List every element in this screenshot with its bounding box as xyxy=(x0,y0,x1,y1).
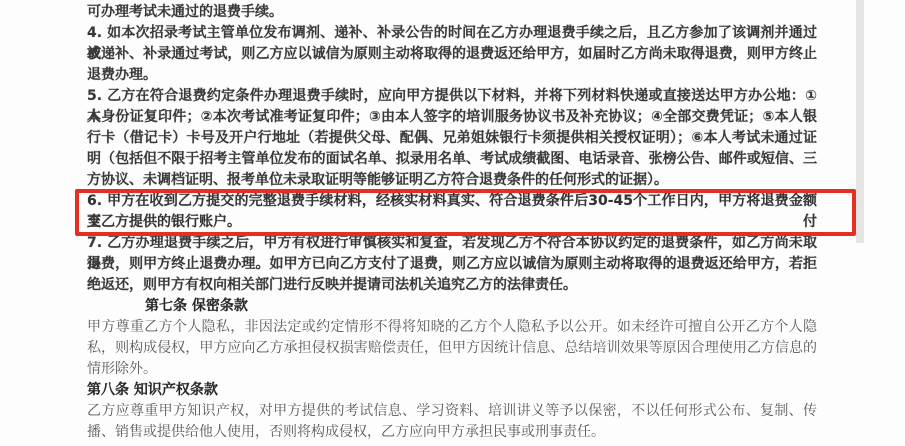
doc-line: 私，则构成侵权，甲方应向乙方承担侵权损害赔偿责任，但甲方因统计信息、总结培训效果… xyxy=(87,338,817,359)
doc-line: 人身份证复印件；②本次考试准考证复印件；③由本人签字的培训服务协议书及补充协议；… xyxy=(87,107,817,128)
doc-line: 播、销售或提供给他人使用，否则将构成侵权，乙方应向甲方承担民事或刑事责任。 xyxy=(87,422,817,443)
doc-line: 甲方尊重乙方个人隐私，非因法定或约定情形不得将知晓的乙方个人隐私予以公开。如未经… xyxy=(87,317,817,338)
contract-text-block: 可办理考试未通过的退费手续。 4. 如本次招录考试主管单位发布调剂、递补、补录公… xyxy=(87,2,817,443)
doc-line: 退费办理。 xyxy=(87,65,817,86)
document-page: 可办理考试未通过的退费手续。 4. 如本次招录考试主管单位发布调剂、递补、补录公… xyxy=(0,0,905,446)
doc-line-clause6-highlighted: 6. 甲方在收到乙方提交的完整退费手续材料，经核实材料真实、符合退费条件后30-… xyxy=(87,191,817,212)
doc-line: 明（包括但不限于招考主管单位发布的面试名单、拟录用名单、考试成绩截图、电话录音、… xyxy=(87,149,817,170)
doc-line-clause5: 5. 乙方在符合退费约定条件办理退费手续时，应向甲方提供以下材料，并将下列材料快… xyxy=(87,86,817,107)
doc-line: 乙方应尊重甲方知识产权，对甲方提供的考试信息、学习资料、培训讲义等予以保密，不以… xyxy=(87,401,817,422)
doc-line: 情形除外。 xyxy=(87,359,817,380)
doc-line: 行卡（借记卡）卡号及开户行地址（若提供父母、配偶、兄弟姐妹银行卡须提供相关授权证… xyxy=(87,128,817,149)
scrollbar[interactable] xyxy=(856,0,864,243)
doc-line: 可办理考试未通过的退费手续。 xyxy=(87,2,817,23)
doc-line: 绝返还，则甲方有权向相关部门进行反映并提请司法机关追究乙方的法律责任。 xyxy=(87,275,817,296)
doc-line: 方协议、未调档证明、报考单位未录取证明等能够证明乙方符合退费条件的任何形式的证据… xyxy=(87,170,817,191)
section-heading-article7: 第七条 保密条款 xyxy=(87,296,817,317)
doc-line: 退费，则甲方终止退费办理。如甲方已向乙方支付了退费，则乙方应以诚信为原则主动将取… xyxy=(87,254,817,275)
doc-line: 被递补、补录通过考试，则乙方应以诚信为原则主动将取得的退费返还给甲方，如届时乙方… xyxy=(87,44,817,65)
doc-line-clause7: 7. 乙方办理退费手续之后，甲方有权进行审慎核实和复查，若发现乙方不符合本协议约… xyxy=(87,233,817,254)
section-heading-article8: 第八条 知识产权条款 xyxy=(87,380,817,401)
doc-line-clause4: 4. 如本次招录考试主管单位发布调剂、递补、补录公告的时间在乙方办理退费手续之后… xyxy=(87,23,817,44)
